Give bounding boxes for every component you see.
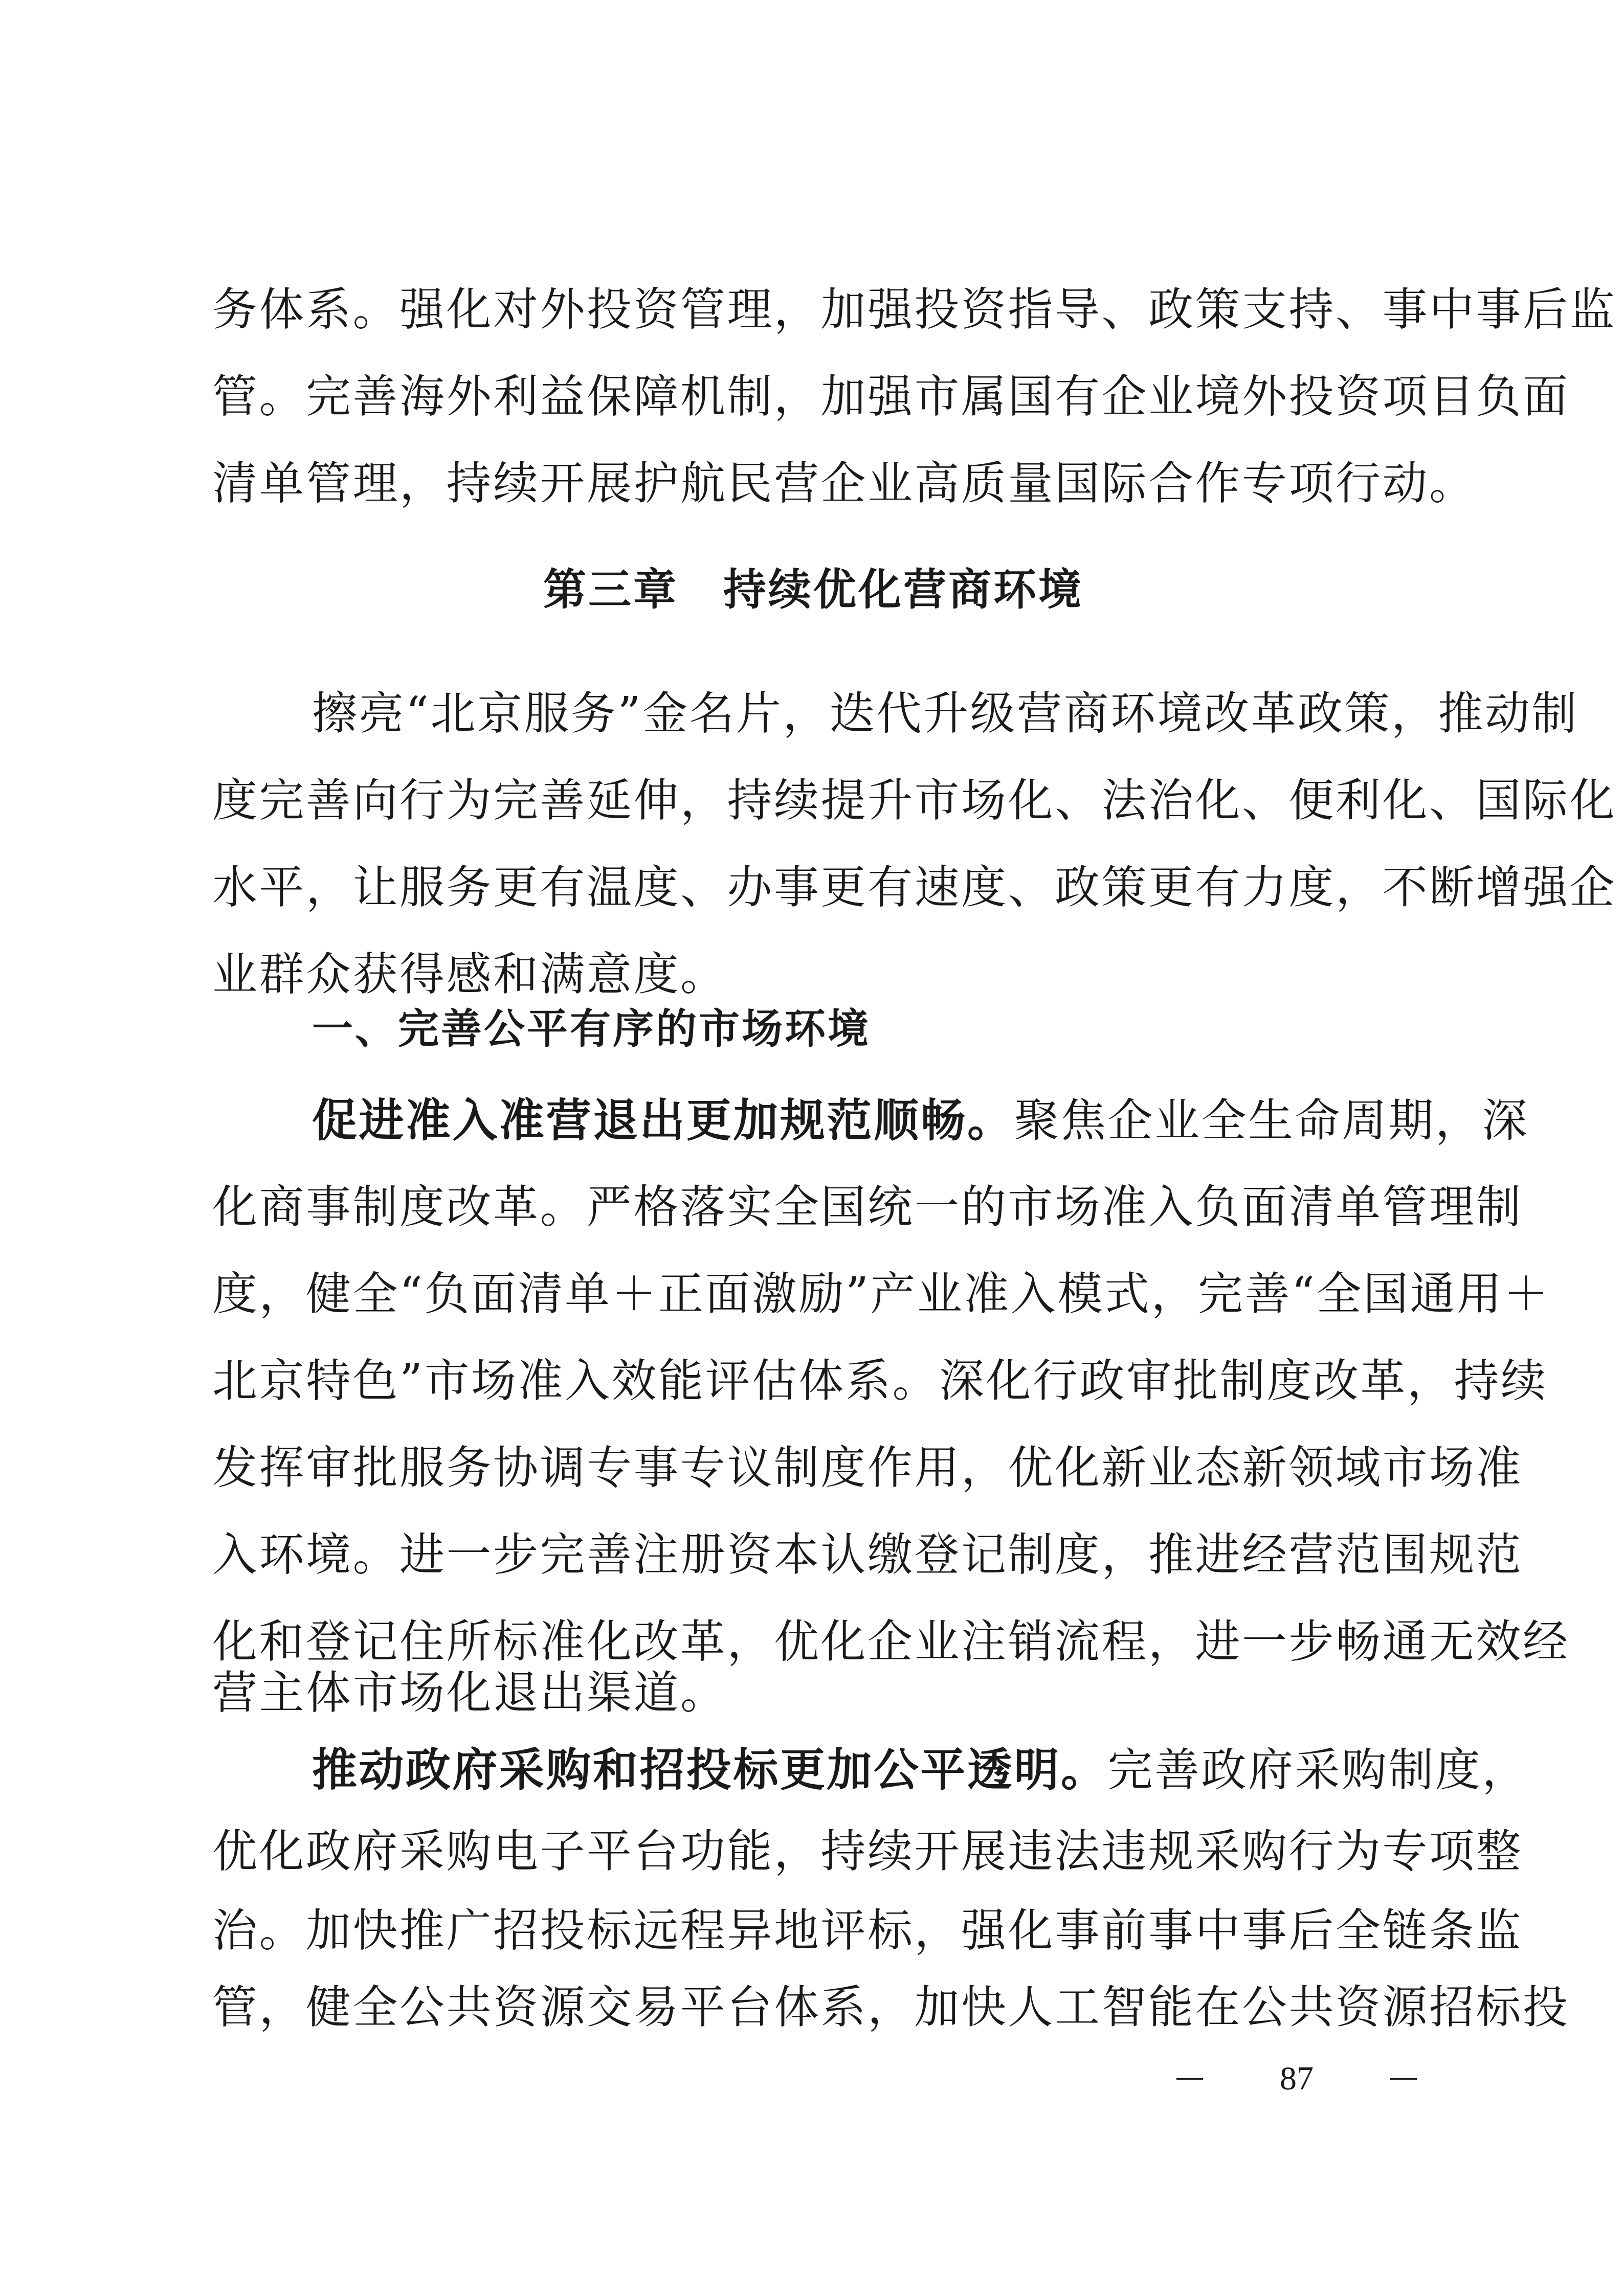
continuation-line-2: 管。完善海外利益保障机制，加强市属国有企业境外投资项目负面 xyxy=(212,366,1414,427)
paragraph1-lead: 促进准入准营退出更加规范顺畅。 xyxy=(312,1093,1014,1146)
paragraph2-first-line-rest: 完善政府采购制度， xyxy=(1108,1743,1529,1796)
page-number-dash-left xyxy=(1176,2078,1203,2080)
paragraph1-first-line-rest: 聚焦企业全生命周期，深 xyxy=(1014,1094,1529,1146)
intro-line-3: 水平，让服务更有温度、办事更有速度、政策更有力度，不断增强企 xyxy=(212,857,1414,918)
continuation-line-1: 务体系。强化对外投资管理，加强投资指导、政策支持、事中事后监 xyxy=(212,279,1414,340)
paragraph1-line-4: 北京特色”市场准入效能评估体系。深化行政审批制度改革，持续 xyxy=(212,1350,1414,1411)
paragraph1-line-5: 发挥审批服务协调专事专议制度作用，优化新业态新领域市场准 xyxy=(212,1437,1414,1498)
page-number: 87 xyxy=(1176,2053,1417,2104)
paragraph1-first-line: 促进准入准营退出更加规范顺畅。聚焦企业全生命周期，深 xyxy=(312,1089,1414,1151)
paragraph2-lead: 推动政府采购和招投标更加公平透明。 xyxy=(312,1743,1108,1796)
paragraph1-line-2: 化商事制度改革。严格落实全国统一的市场准入负面清单管理制 xyxy=(212,1176,1414,1237)
section-title: 一、完善公平有序的市场环境 xyxy=(312,998,871,1060)
paragraph1-line-8: 营主体市场化退出渠道。 xyxy=(212,1662,1414,1723)
intro-line-2: 度完善向行为完善延伸，持续提升市场化、法治化、便利化、国际化 xyxy=(212,770,1414,831)
paragraph2-line-3: 治。加快推广招投标远程异地评标，强化事前事中事后全链条监 xyxy=(212,1900,1414,1961)
paragraph1-line-6: 入环境。进一步完善注册资本认缴登记制度，推进经营范围规范 xyxy=(212,1524,1414,1585)
paragraph2-line-2: 优化政府采购电子平台功能，持续开展违法违规采购行为专项整 xyxy=(212,1820,1414,1882)
intro-line-1: 擦亮“北京服务”金名片，迭代升级营商环境改革政策，推动制 xyxy=(312,683,1414,744)
paragraph2-line-4: 管，健全公共资源交易平台体系，加快人工智能在公共资源招标投 xyxy=(212,1976,1414,2038)
paragraph1-line-3: 度，健全“负面清单＋正面激励”产业准入模式，完善“全国通用＋ xyxy=(212,1263,1414,1324)
intro-line-4: 业群众获得感和满意度。 xyxy=(212,943,1414,1005)
chapter-title: 第三章 持续优化营商环境 xyxy=(212,556,1414,623)
continuation-line-3: 清单管理，持续开展护航民营企业高质量国际合作专项行动。 xyxy=(212,453,1414,514)
paragraph2-first-line: 推动政府采购和招投标更加公平透明。完善政府采购制度， xyxy=(312,1739,1414,1800)
page-number-value: 87 xyxy=(1280,2059,1314,2098)
page-number-dash-right xyxy=(1390,2078,1417,2080)
